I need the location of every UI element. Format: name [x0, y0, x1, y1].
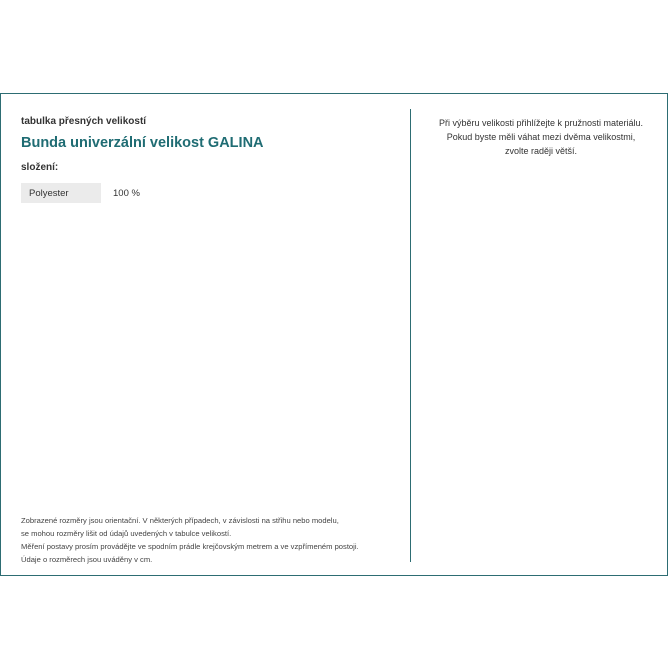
vertical-divider [410, 109, 411, 562]
footnote-line: Údaje o rozměrech jsou uváděny v cm. [21, 553, 406, 566]
measurement-footnote: Zobrazené rozměry jsou orientační. V něk… [21, 514, 406, 566]
material-percent: 100 % [101, 183, 140, 203]
chart-subtitle: tabulka přesných velikostí [21, 116, 391, 128]
composition-table: Polyester 100 % [21, 183, 140, 203]
left-panel: tabulka přesných velikostí Bunda univerz… [21, 116, 391, 203]
sizing-tip-line: zvolte raději větší. [421, 144, 661, 158]
sizing-tip-line: Pokud byste měli váhat mezi dvěma veliko… [421, 130, 661, 144]
size-chart-card: tabulka přesných velikostí Bunda univerz… [0, 93, 668, 576]
material-name: Polyester [21, 183, 101, 203]
product-title: Bunda univerzální velikost GALINA [21, 134, 391, 152]
sizing-tip: Při výběru velikosti přihlížejte k pružn… [421, 116, 661, 158]
footnote-line: Zobrazené rozměry jsou orientační. V něk… [21, 514, 406, 527]
sizing-tip-line: Při výběru velikosti přihlížejte k pružn… [421, 116, 661, 130]
footnote-line: se mohou rozměry lišit od údajů uvedenýc… [21, 527, 406, 540]
composition-label: složení: [21, 162, 391, 174]
footnote-line: Měření postavy prosím provádějte ve spod… [21, 540, 406, 553]
composition-row: Polyester 100 % [21, 183, 140, 203]
